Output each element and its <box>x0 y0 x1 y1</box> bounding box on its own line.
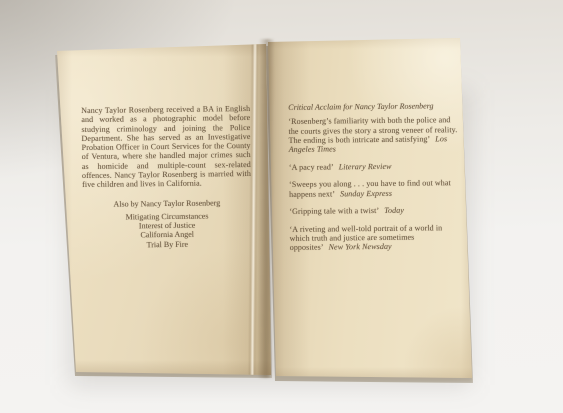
left-page: Nancy Taylor Rosenberg received a BA in … <box>57 44 271 375</box>
right-page-content: Critical Acclaim for Nancy Taylor Rosenb… <box>288 101 464 261</box>
quote-source: Literary Review <box>339 161 392 171</box>
quote-text: ‘A pacy read’ <box>289 162 334 171</box>
also-by-heading: Also by Nancy Taylor Rosenberg <box>82 198 251 209</box>
quote-text: ‘Gripping tale with a twist’ <box>289 206 379 216</box>
other-titles-list: Mitigating Circumstances Interest of Jus… <box>82 211 251 250</box>
quote-text: ‘Rosenberg’s familiarity with both the p… <box>288 116 457 145</box>
review-quote: ‘Gripping tale with a twist’Today <box>289 205 463 216</box>
review-quote: ‘Rosenberg’s familiarity with both the p… <box>288 115 462 154</box>
right-page: Critical Acclaim for Nancy Taylor Rosenb… <box>266 38 474 380</box>
quote-source: Sunday Express <box>340 188 392 198</box>
review-quote: ‘A pacy read’Literary Review <box>289 161 463 172</box>
review-quote: ‘A riveting and well-told portrait of a … <box>289 223 463 252</box>
photo-background: Nancy Taylor Rosenberg received a BA in … <box>0 0 563 413</box>
book-gutter <box>257 39 275 378</box>
other-title: Trial By Fire <box>83 239 252 250</box>
review-quote: ‘Sweeps you along . . . you have to find… <box>289 178 463 198</box>
left-page-content: Nancy Taylor Rosenberg received a BA in … <box>81 104 252 250</box>
author-bio: Nancy Taylor Rosenberg received a BA in … <box>81 104 251 190</box>
quote-source: New York Newsday <box>329 242 392 252</box>
quote-source: Today <box>384 206 404 215</box>
acclaim-heading: Critical Acclaim for Nancy Taylor Rosenb… <box>288 101 462 112</box>
